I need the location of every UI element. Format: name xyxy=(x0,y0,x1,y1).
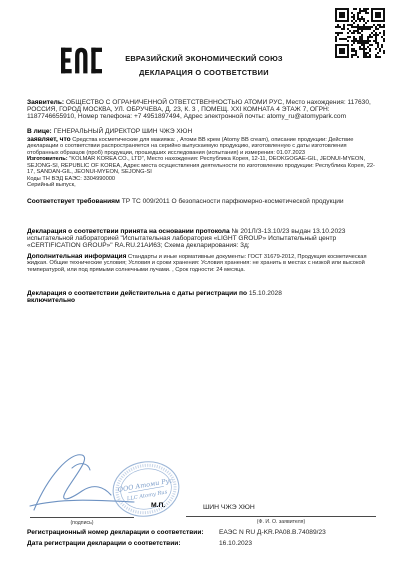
document-title: ДЕКЛАРАЦИЯ О СООТВЕТСТВИИ xyxy=(88,68,320,77)
basis-paragraph: Декларация о соответствии принята на осн… xyxy=(27,228,376,250)
validity-paragraph: Декларация о соответствии действительна … xyxy=(27,290,376,305)
manufacturer-label: Изготовитель: xyxy=(27,156,68,162)
union-title: ЕВРАЗИЙСКИЙ ЭКОНОМИЧЕСКИЙ СОЮЗ xyxy=(88,54,320,63)
registration-date-label: Дата регистрации декларации о соответств… xyxy=(27,540,181,547)
manufacturer-text: "KOLMAR KOREA CO., LTD", Место нахождени… xyxy=(27,156,375,175)
registration-number-value: ЕАЭС N RU Д-KR.PA08.B.74089/23 xyxy=(219,529,326,536)
compliance-label: Соответствует требованиям xyxy=(27,198,120,205)
compliance-text: ТР ТС 009/2011 О безопасности парфюмерно… xyxy=(120,198,344,205)
declaration-page: ЕВРАЗИЙСКИЙ ЭКОНОМИЧЕСКИЙ СОЮЗ ДЕКЛАРАЦИ… xyxy=(0,0,400,566)
release-type: Серийный выпуск, xyxy=(27,182,376,189)
validity-suffix: включительно xyxy=(27,297,376,304)
validity-date: 15.10.2028 xyxy=(247,290,282,297)
declares-label: заявляет, что xyxy=(27,136,71,143)
basis-label: Декларация о соответствии принята на осн… xyxy=(27,228,230,235)
additional-info-paragraph: Дополнительная информация Стандарты и ин… xyxy=(27,254,376,274)
manufacturer-line: Изготовитель: "KOLMAR KOREA CO., LTD", М… xyxy=(27,156,376,176)
registration-date-value: 16.10.2023 xyxy=(219,540,252,547)
signature-caption: (подпись) xyxy=(30,520,134,526)
validity-label: Декларация о соответствии действительна … xyxy=(27,290,247,297)
qr-code-icon xyxy=(335,8,385,58)
registration-number-label: Регистрационный номер декларации о соотв… xyxy=(27,529,204,536)
product-text: Средства косметические для макияжа: , Ат… xyxy=(27,137,353,156)
product-line: заявляет, что Средства косметические для… xyxy=(27,137,376,157)
compliance-paragraph: Соответствует требованиям ТР ТС 009/2011… xyxy=(27,198,376,205)
representative-text: ГЕНЕРАЛЬНЫЙ ДИРЕКТОР ШИН ЧЖЭ ХЮН xyxy=(52,128,192,135)
signature-line xyxy=(30,517,134,518)
company-stamp-icon: ООО Атоми Рус LLC Atomy Rus xyxy=(111,460,181,518)
name-line xyxy=(186,516,376,517)
name-caption: (Ф. И. О. заявителя) xyxy=(186,519,376,525)
applicant-paragraph: Заявитель: ОБЩЕСТВО С ОГРАНИЧЕННОЙ ОТВЕТ… xyxy=(27,99,376,121)
representative-label: В лице: xyxy=(27,128,52,135)
declaration-paragraph: заявляет, что Средства косметические для… xyxy=(27,137,376,189)
signatory-name: ШИН ЧЖЭ ХЮН xyxy=(203,504,255,511)
additional-info-label: Дополнительная информация xyxy=(27,253,126,260)
applicant-label: Заявитель: xyxy=(27,99,64,106)
applicant-text: ОБЩЕСТВО С ОГРАНИЧЕННОЙ ОТВЕТСТВЕННОСТЬЮ… xyxy=(27,99,371,121)
stamp-place-label: М.П. xyxy=(151,502,165,509)
representative-paragraph: В лице: ГЕНЕРАЛЬНЫЙ ДИРЕКТОР ШИН ЧЖЭ ХЮН xyxy=(27,128,376,135)
